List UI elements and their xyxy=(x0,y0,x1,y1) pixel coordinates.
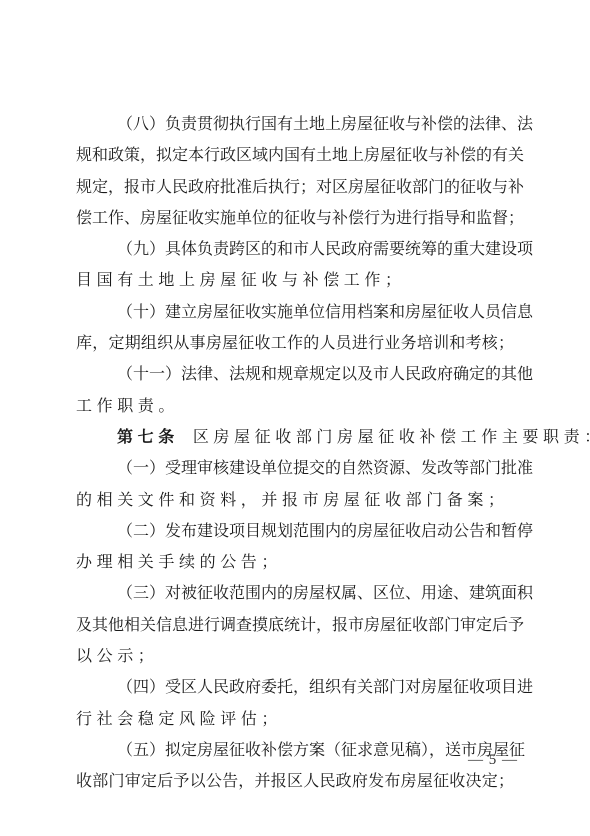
text-line: 办理相关手续的公告； xyxy=(76,549,514,580)
text-line: 目国有土地上房屋征收与补偿工作； xyxy=(76,267,514,298)
text-line: （二）发布建设项目规划范围内的房屋征收启动公告和暂停 xyxy=(76,518,514,549)
text-line: 库，定期组织从事房屋征收工作的人员进行业务培训和考核； xyxy=(76,330,514,361)
text-line: 规定，报市人民政府批准后执行；对区房屋征收部门的征收与补 xyxy=(76,174,514,205)
document-page: （八）负责贯彻执行国有土地上房屋征收与补偿的法律、法 规和政策，拟定本行政区域内… xyxy=(0,0,590,836)
text-line: 的相关文件和资料，并报市房屋征收部门备案； xyxy=(76,487,514,518)
text-line: （五）拟定房屋征收补偿方案（征求意见稿），送市房屋征 xyxy=(76,737,514,768)
text-line: （四）受区人民政府委托，组织有关部门对房屋征收项目进 xyxy=(76,674,514,705)
article-text: 区房屋征收部门房屋征收补偿工作主要职责： xyxy=(193,427,590,446)
page-number: — 5 — xyxy=(468,752,518,769)
text-line: 工作职责。 xyxy=(76,393,514,424)
text-line: （十）建立房屋征收实施单位信用档案和房屋征收人员信息 xyxy=(76,299,514,330)
text-line: （一）受理审核建设单位提交的自然资源、发改等部门批准 xyxy=(76,455,514,486)
text-line: （三）对被征收范围内的房屋权属、区位、用途、建筑面积 xyxy=(76,580,514,611)
article-number: 第七条 xyxy=(117,427,179,446)
text-line: 偿工作、房屋征收实施单位的征收与补偿行为进行指导和监督； xyxy=(76,205,514,236)
text-line: 及其他相关信息进行调查摸底统计，报市房屋征收部门审定后予 xyxy=(76,612,514,643)
text-line: 行社会稳定风险评估； xyxy=(76,706,514,737)
text-line: 以公示； xyxy=(76,643,514,674)
text-line: 收部门审定后予以公告，并报区人民政府发布房屋征收决定； xyxy=(76,768,514,799)
document-body: （八）负责贯彻执行国有土地上房屋征收与补偿的法律、法 规和政策，拟定本行政区域内… xyxy=(76,111,514,800)
text-line: （十一）法律、法规和规章规定以及市人民政府确定的其他 xyxy=(76,361,514,392)
article-heading-line: 第七条区房屋征收部门房屋征收补偿工作主要职责： xyxy=(76,424,514,455)
text-line: 规和政策，拟定本行政区域内国有土地上房屋征收与补偿的有关 xyxy=(76,142,514,173)
text-line: （九）具体负责跨区的和市人民政府需要统筹的重大建设项 xyxy=(76,236,514,267)
text-line: （八）负责贯彻执行国有土地上房屋征收与补偿的法律、法 xyxy=(76,111,514,142)
